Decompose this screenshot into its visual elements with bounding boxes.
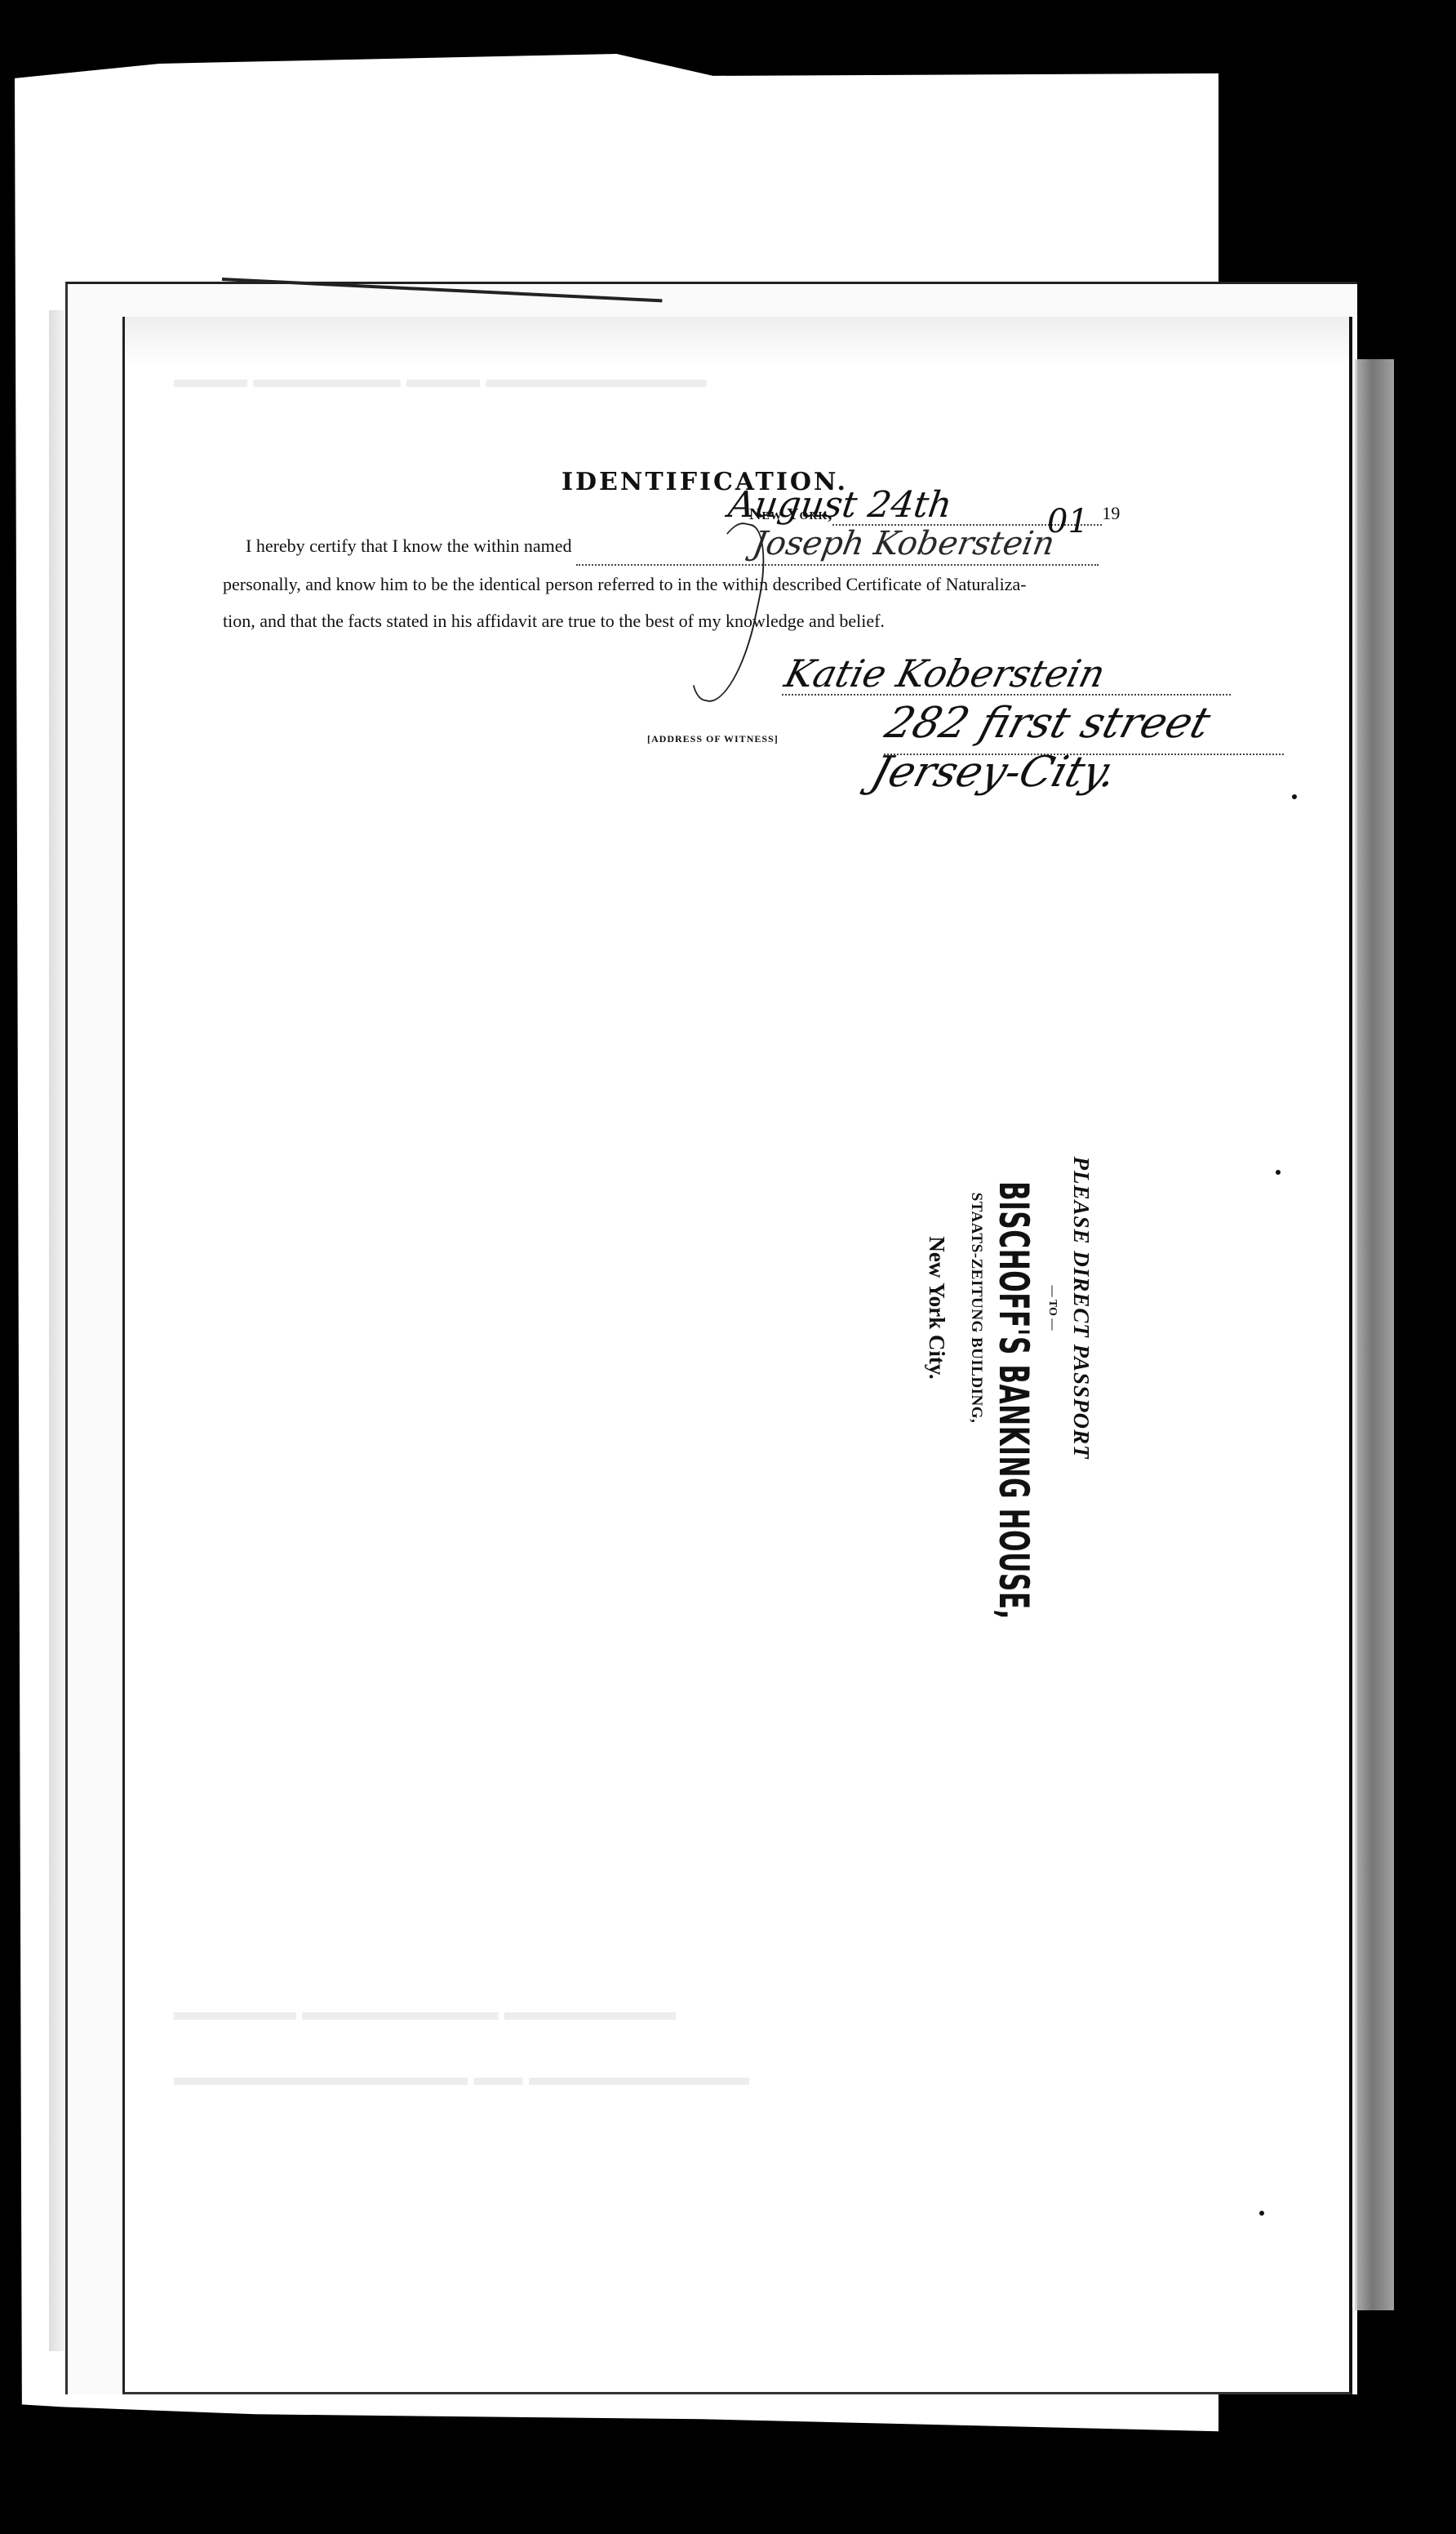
stamp-line-building: STAATS-ZEITUNG BUILDING, — [967, 1104, 985, 1512]
document-page: ▬▬▬ ▬▬▬▬▬▬ ▬▬▬ ▬▬▬▬▬▬▬▬▬ ▬▬▬▬▬ ▬▬▬▬▬▬▬▬ … — [122, 317, 1352, 2394]
signature-dotted-line — [782, 694, 1231, 696]
stamp-rotated-block: PLEASE DIRECT PASSPORT — TO — BISCHOFF'S… — [783, 1104, 1094, 1512]
right-edge-smudge — [1355, 359, 1394, 2310]
year-printed: 19 — [1102, 503, 1120, 523]
handwritten-named-person: Joseph Koberstein — [750, 525, 1058, 562]
bleed-through-text: ▬▬▬▬▬▬▬▬▬▬▬▬ ▬▬ ▬▬▬▬▬▬▬▬▬ — [174, 2064, 749, 2092]
ink-speck — [1276, 1170, 1281, 1175]
certification-line-3: tion, and that the facts stated in his a… — [223, 602, 1365, 639]
stamp-line-banking-house: BISCHOFF'S BANKING HOUSE, — [990, 1181, 1037, 1434]
stamp-line-to: — TO — — [1045, 1104, 1059, 1512]
handwritten-date: August 24th — [726, 484, 954, 526]
certify-prefix: I hereby certify that I know the within … — [246, 536, 572, 556]
witness-signature: Katie Koberstein — [780, 651, 1109, 696]
stamp-line-direct-passport: PLEASE DIRECT PASSPORT — [1068, 1104, 1094, 1512]
witness-address: 282 first street Jersey-City. — [866, 699, 1363, 797]
bleed-through-text: ▬▬▬ ▬▬▬▬▬▬ ▬▬▬ ▬▬▬▬▬▬▬▬▬ — [174, 366, 707, 393]
bleed-through-text: ▬▬▬▬▬ ▬▬▬▬▬▬▬▬ ▬▬▬▬▬▬▬ — [174, 1998, 676, 2026]
ink-speck — [1292, 794, 1297, 799]
ink-speck — [1259, 2211, 1264, 2216]
certification-line-2: personally, and know him to be the ident… — [223, 566, 1365, 602]
address-of-witness-label: [ADDRESS OF WITNESS] — [647, 733, 779, 745]
stamp-line-city: New York City. — [924, 1104, 949, 1512]
address-dotted-line — [884, 754, 1284, 755]
